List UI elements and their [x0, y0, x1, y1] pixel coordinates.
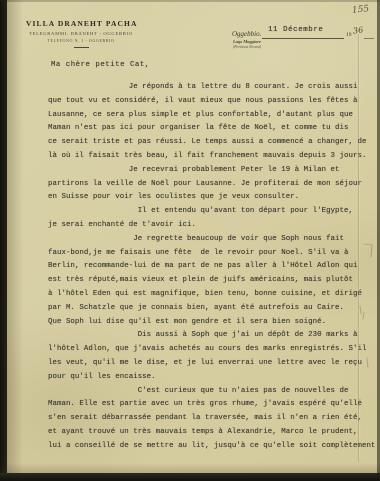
letterhead-rule — [74, 47, 89, 48]
letter-line: lui a conseillé de se mettre au lit, jus… — [48, 440, 376, 454]
dateline-rule — [262, 38, 344, 39]
letter-line: Je regrette beaucoup de voir que Soph no… — [48, 233, 376, 247]
left-edge-shadow — [7, 0, 23, 481]
letter-line: s'en serait débarrassée pendant la trave… — [48, 412, 376, 426]
letter-line: en Suisse pour voir les oculistes que je… — [48, 191, 376, 205]
letter-line: Maman n'est pas ici pour organiser la fê… — [48, 122, 376, 136]
letter-line: Dis aussi à Soph que j'ai un dépôt de 23… — [48, 329, 376, 343]
page-number-annotation: 155 — [352, 4, 370, 16]
letter-body: Je réponds à ta lettre du 8 courant. Je … — [48, 81, 376, 454]
letter-line: ce serait triste et pas réussi. Le temps… — [48, 136, 376, 150]
letter-line: est très réputé,mais vieux et plein de j… — [48, 274, 376, 288]
letter-line: que tout vu et considéré, il vaut mieux … — [48, 95, 376, 109]
dateline-place-region: Lago Maggiore — [233, 39, 261, 44]
letterhead-telegrams-line: TELEGRAMMI: DRANEHT - OGGEBBIO — [26, 31, 136, 36]
fold-crease — [358, 34, 359, 462]
letter-line: par M. Schatzle que je connais bien, aya… — [48, 302, 376, 316]
letter-line: C'est curieux que tu n'aies pas de nouve… — [48, 385, 376, 399]
letter-salutation: Ma chère petite Cat, — [51, 61, 150, 69]
letter-line: et ayant trouvé un très mauvais temps à … — [48, 426, 376, 440]
dateline: Oggebbio. Lago Maggiore (Provincia Novar… — [230, 26, 378, 52]
dateline-year-prefix: 19 — [346, 32, 352, 38]
letter-line: Je réponds à ta lettre du 8 courant. Je … — [48, 81, 376, 95]
letter-line: Que Soph lui dise qu'il est mon gendre e… — [48, 316, 376, 330]
scan-edge-bottom — [0, 473, 380, 481]
letter-line: les veut, qu'il me le dise, et je lui en… — [48, 357, 376, 371]
letter-line: Je recevrai probablement Peter le 19 à M… — [48, 164, 376, 178]
dateline-rule-tail — [364, 38, 374, 39]
letter-line: partirons la veille de Noël pour Lausann… — [48, 178, 376, 192]
letter-line: l'hôtel Adlon, que j'avais achetés au co… — [48, 343, 376, 357]
letter-line: Maman. Elle est partie avec un très gros… — [48, 398, 376, 412]
letter-line: pour qu'il les encaisse. — [48, 371, 376, 385]
letter-line: je serai enchanté de t'avoir ici. — [48, 219, 376, 233]
letter-line: Lausanne, ce sera plus simple et plus co… — [48, 109, 376, 123]
scanned-letter-page: VILLA DRANEHT PACHA TELEGRAMMI: DRANEHT … — [0, 0, 380, 481]
letter-line: là où il faisait très beau, il fait fran… — [48, 150, 376, 164]
scan-edge-left — [0, 0, 7, 481]
dateline-typed-date: 11 Décembre — [268, 26, 323, 34]
dateline-place: Oggebbio. — [232, 30, 261, 38]
letter-line: Berlin, recommande-lui de ma part de ne … — [48, 260, 376, 274]
letter-line: Il et entendu qu'avant ton départ pour l… — [48, 205, 376, 219]
letterhead: VILLA DRANEHT PACHA TELEGRAMMI: DRANEHT … — [26, 19, 136, 48]
letterhead-telephone-line: TELEFONO N. 1 - OGGEBBIO — [26, 38, 136, 43]
scan-edge-top — [0, 0, 380, 2]
letter-line: à l'hôtel Eden qui est magnifique, bien … — [48, 288, 376, 302]
letter-line: faux-bond,je me faisais une fête de le r… — [48, 247, 376, 261]
dateline-place-province: (Provincia Novara) — [233, 45, 261, 49]
bottom-edge-shadow — [0, 463, 380, 473]
letterhead-title: VILLA DRANEHT PACHA — [26, 19, 136, 28]
